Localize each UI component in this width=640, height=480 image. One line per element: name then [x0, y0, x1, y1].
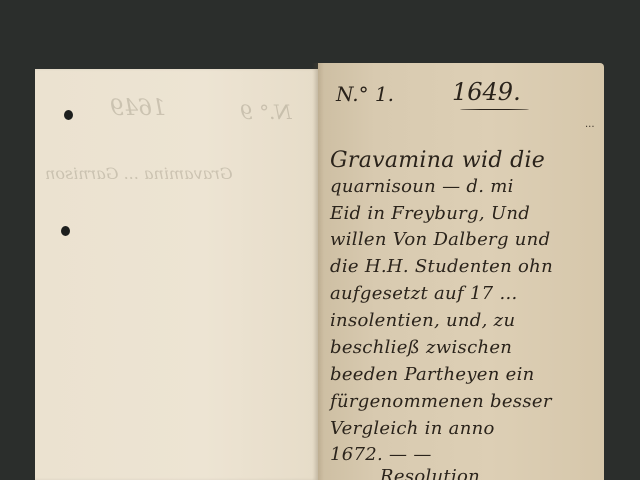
- manuscript-line-11: Vergleich in anno: [330, 418, 495, 439]
- manuscript-line-12: 1672. — —: [330, 444, 432, 465]
- manuscript-line-1: Gravamina wid die: [330, 148, 545, 173]
- manuscript-line-5: die H.H. Studenten ohn: [330, 256, 553, 277]
- manuscript-line-8: beschließ zwischen: [330, 337, 512, 358]
- manuscript-line-4: willen Von Dalberg und: [330, 229, 550, 250]
- document-photo: N.° 9 1649 Gravamina ... Garnison N.° 1.…: [0, 0, 640, 480]
- bleed-through-number: N.° 9: [240, 100, 292, 124]
- manuscript-line-3: Eid in Freyburg, Und: [330, 203, 530, 224]
- manuscript-line-2: quarnisoun — d. mi: [330, 176, 514, 197]
- manuscript-line-9: beeden Partheyen ein: [330, 364, 535, 385]
- bleed-through-year: 1649: [110, 96, 166, 121]
- manuscript-line-13: Resolution: [380, 466, 480, 480]
- manuscript-line-7: insolentien, und, zu: [330, 310, 515, 331]
- left-page: [35, 69, 318, 480]
- ink-dots: ‧‧‧: [585, 122, 595, 133]
- punch-hole-bottom: [61, 226, 70, 236]
- page-gutter: [312, 63, 324, 480]
- document-year: 1649.: [452, 78, 521, 106]
- manuscript-line-6: aufgesetzt auf 17 ...: [330, 283, 518, 304]
- punch-hole-top: [64, 110, 73, 120]
- bleed-through-title: Gravamina ... Garnison: [45, 164, 233, 183]
- manuscript-line-10: fürgenommenen besser: [330, 391, 552, 412]
- document-number: N.° 1.: [336, 82, 394, 106]
